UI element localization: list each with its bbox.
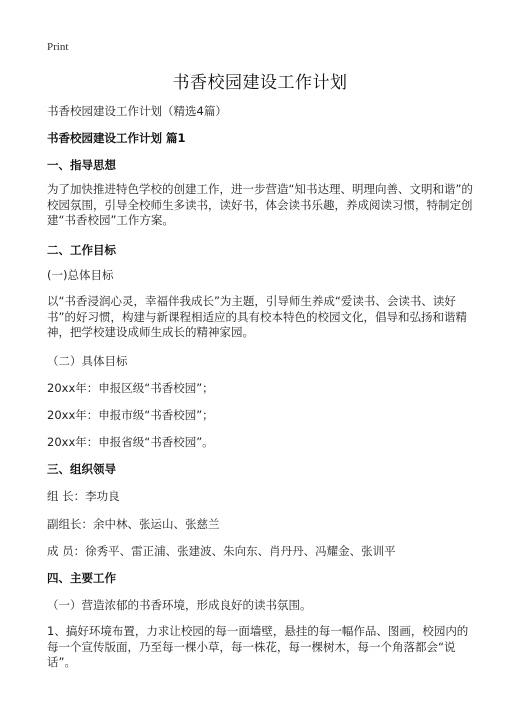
article-heading: 书香校园建设工作计划 篇1 xyxy=(47,130,477,146)
overall-goal-body: 以“书香浸润心灵，幸福伴我成长”为主题，引导师生养成“爱读书、会读书、读好书”的… xyxy=(47,294,477,341)
section-heading-work-goals: 二、工作目标 xyxy=(47,242,477,258)
subheading-overall-goal: (一)总体目标 xyxy=(47,267,477,283)
document-subtitle: 书香校园建设工作计划（精选4篇） xyxy=(47,103,477,119)
section-body-guiding-ideology: 为了加快推进特色学校的创建工作，进一步营造“知书达理、明理向善、文明和谐”的校园… xyxy=(47,182,477,229)
document-page: Print 书香校园建设工作计划 书香校园建设工作计划（精选4篇） 书香校园建设… xyxy=(0,0,520,718)
subheading-reading-environment: （一）营造浓郁的书香环境，形成良好的读书氛围。 xyxy=(47,597,477,613)
goal-item-province: 20xx年：申报省级“书香校园”。 xyxy=(47,434,477,450)
subheading-specific-goals: （二）具体目标 xyxy=(47,353,477,369)
deputy-leaders: 副组长：余中林、张运山、张慈兰 xyxy=(47,516,477,532)
print-label[interactable]: Print xyxy=(47,41,68,53)
section-heading-main-work: 四、主要工作 xyxy=(47,570,477,586)
section-heading-organization: 三、组织领导 xyxy=(47,461,477,477)
team-members: 成 员：徐秀平、雷正浦、张建波、朱向东、肖丹丹、冯耀金、张训平 xyxy=(47,543,477,559)
goal-item-city: 20xx年：申报市级“书香校园”； xyxy=(47,407,477,423)
team-leader: 组 长：李功良 xyxy=(47,488,477,504)
section-heading-guiding-ideology: 一、指导思想 xyxy=(47,157,477,173)
work-item-1: 1、搞好环境布置，力求让校园的每一面墙壁，悬挂的每一幅作品、图画，校园内的每一个… xyxy=(47,624,477,671)
document-title: 书香校园建设工作计划 xyxy=(0,68,520,93)
goal-item-district: 20xx年：申报区级“书香校园”； xyxy=(47,380,477,396)
